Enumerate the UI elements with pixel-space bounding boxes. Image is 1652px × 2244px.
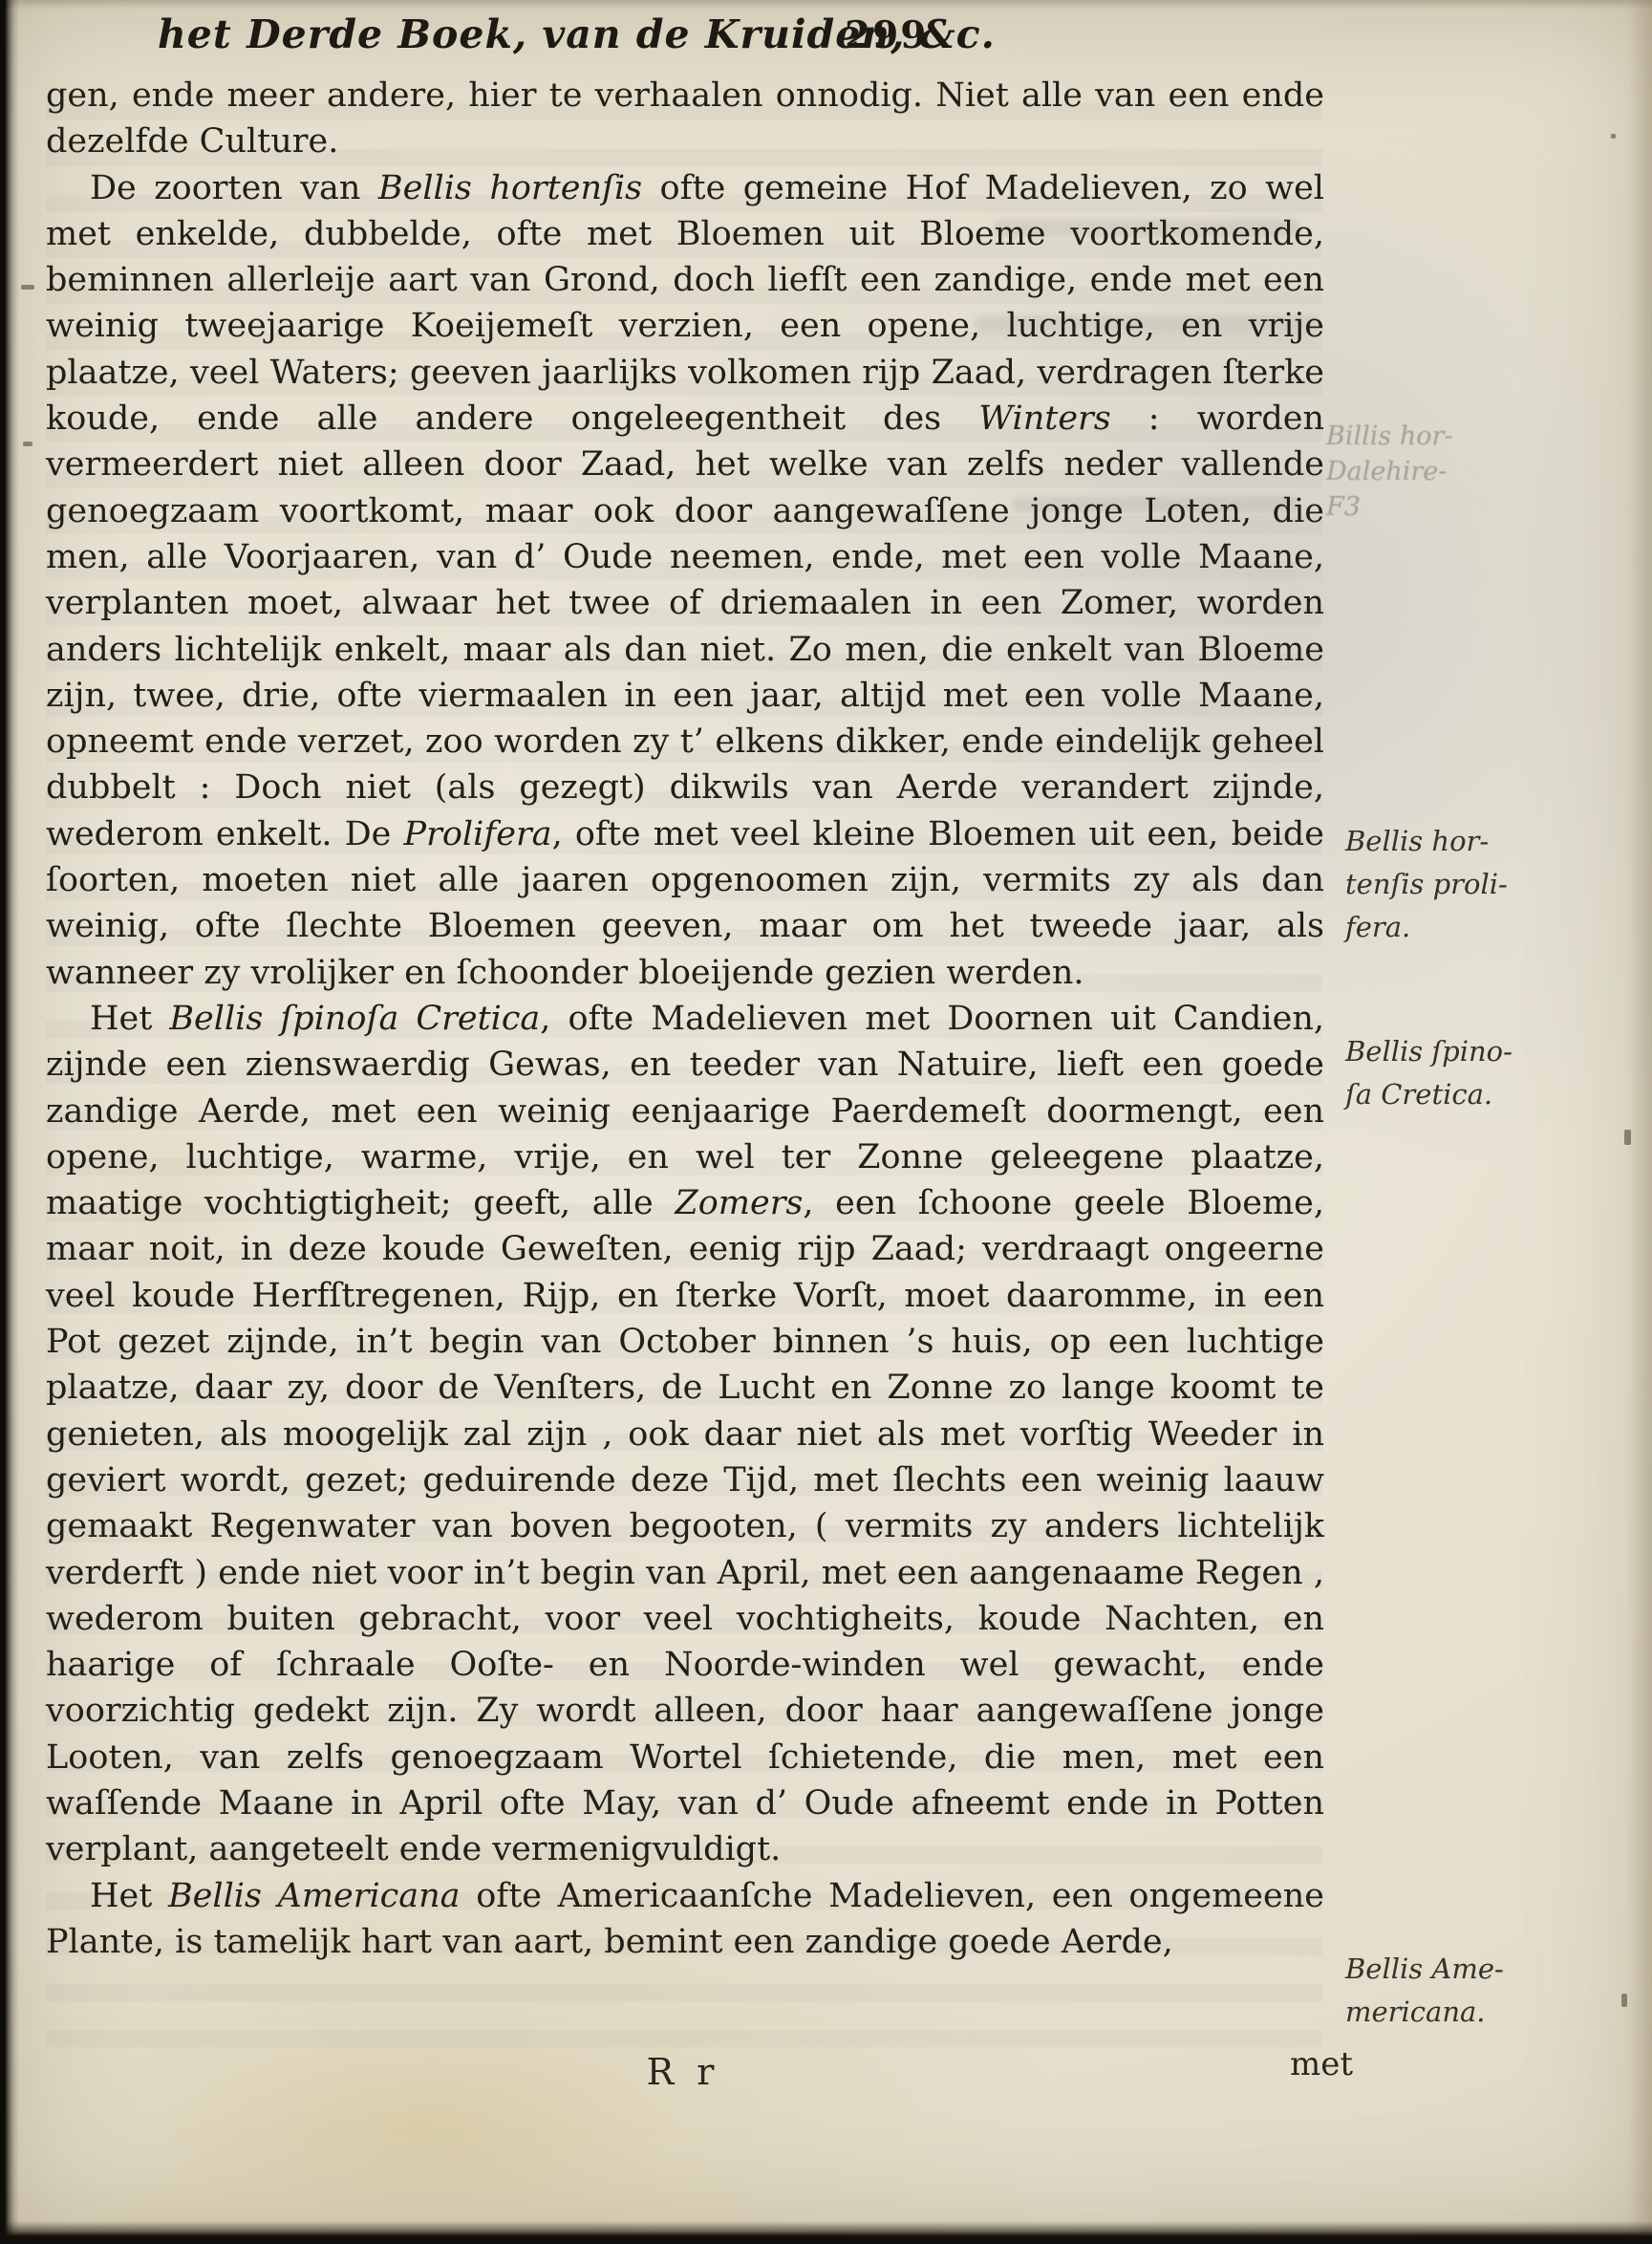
page-number: 299 xyxy=(845,13,928,57)
ink-speck xyxy=(21,285,34,290)
paragraph: Het Bellis Americana ofte Americaanſche … xyxy=(46,1873,1324,1966)
italic-text-segment: Prolifera xyxy=(404,815,552,853)
scan-edge-right xyxy=(1627,0,1652,2244)
ink-speck xyxy=(23,442,32,446)
italic-text-segment: Bellis hortenſis xyxy=(378,169,642,207)
italic-text-segment: Zomers xyxy=(675,1184,803,1222)
italic-text-segment: Bellis Americana xyxy=(168,1877,461,1915)
text-segment: Het xyxy=(90,1877,168,1915)
paper-stain xyxy=(153,2026,688,2217)
text-segment: gen, ende meer andere, hier te verhaalen… xyxy=(46,76,1324,161)
catchword: met xyxy=(1290,2045,1353,2083)
paragraph: De zoorten van Bellis hortenſis ofte gem… xyxy=(46,165,1324,996)
paragraph: gen, ende meer andere, hier te verhaalen… xyxy=(46,73,1324,165)
text-segment: De zoorten van xyxy=(90,169,378,207)
body-text: gen, ende meer andere, hier te verhaalen… xyxy=(46,73,1324,1965)
scan-edge-top xyxy=(0,0,1652,10)
italic-text-segment: Winters xyxy=(978,399,1111,438)
paragraph: Het Bellis ſpinoſa Cretica, ofte Madelie… xyxy=(46,996,1324,1873)
text-segment: , een ſchoone geele Bloeme, maar noit, i… xyxy=(46,1184,1324,1868)
text-segment: ofte gemeine Hof Madelieven, zo wel met … xyxy=(46,169,1324,438)
scan-edge-left xyxy=(0,0,19,2244)
text-segment: : worden vermeerdert niet alleen door Za… xyxy=(46,399,1324,853)
signature-mark: R r xyxy=(611,2051,755,2093)
ink-speck xyxy=(1624,1130,1631,1145)
book-page-scan: het Derde Boek, van de Kruiden, &c. 299 … xyxy=(0,0,1652,2244)
ink-speck xyxy=(1611,134,1616,139)
ink-speck xyxy=(1621,1994,1627,2007)
scan-edge-bottom xyxy=(0,2221,1652,2244)
margin-note: Bellis Ame-mericana. xyxy=(1345,1948,1613,2034)
text-segment: Het xyxy=(90,1000,169,1038)
italic-text-segment: Bellis ſpinoſa Cretica xyxy=(169,1000,540,1038)
